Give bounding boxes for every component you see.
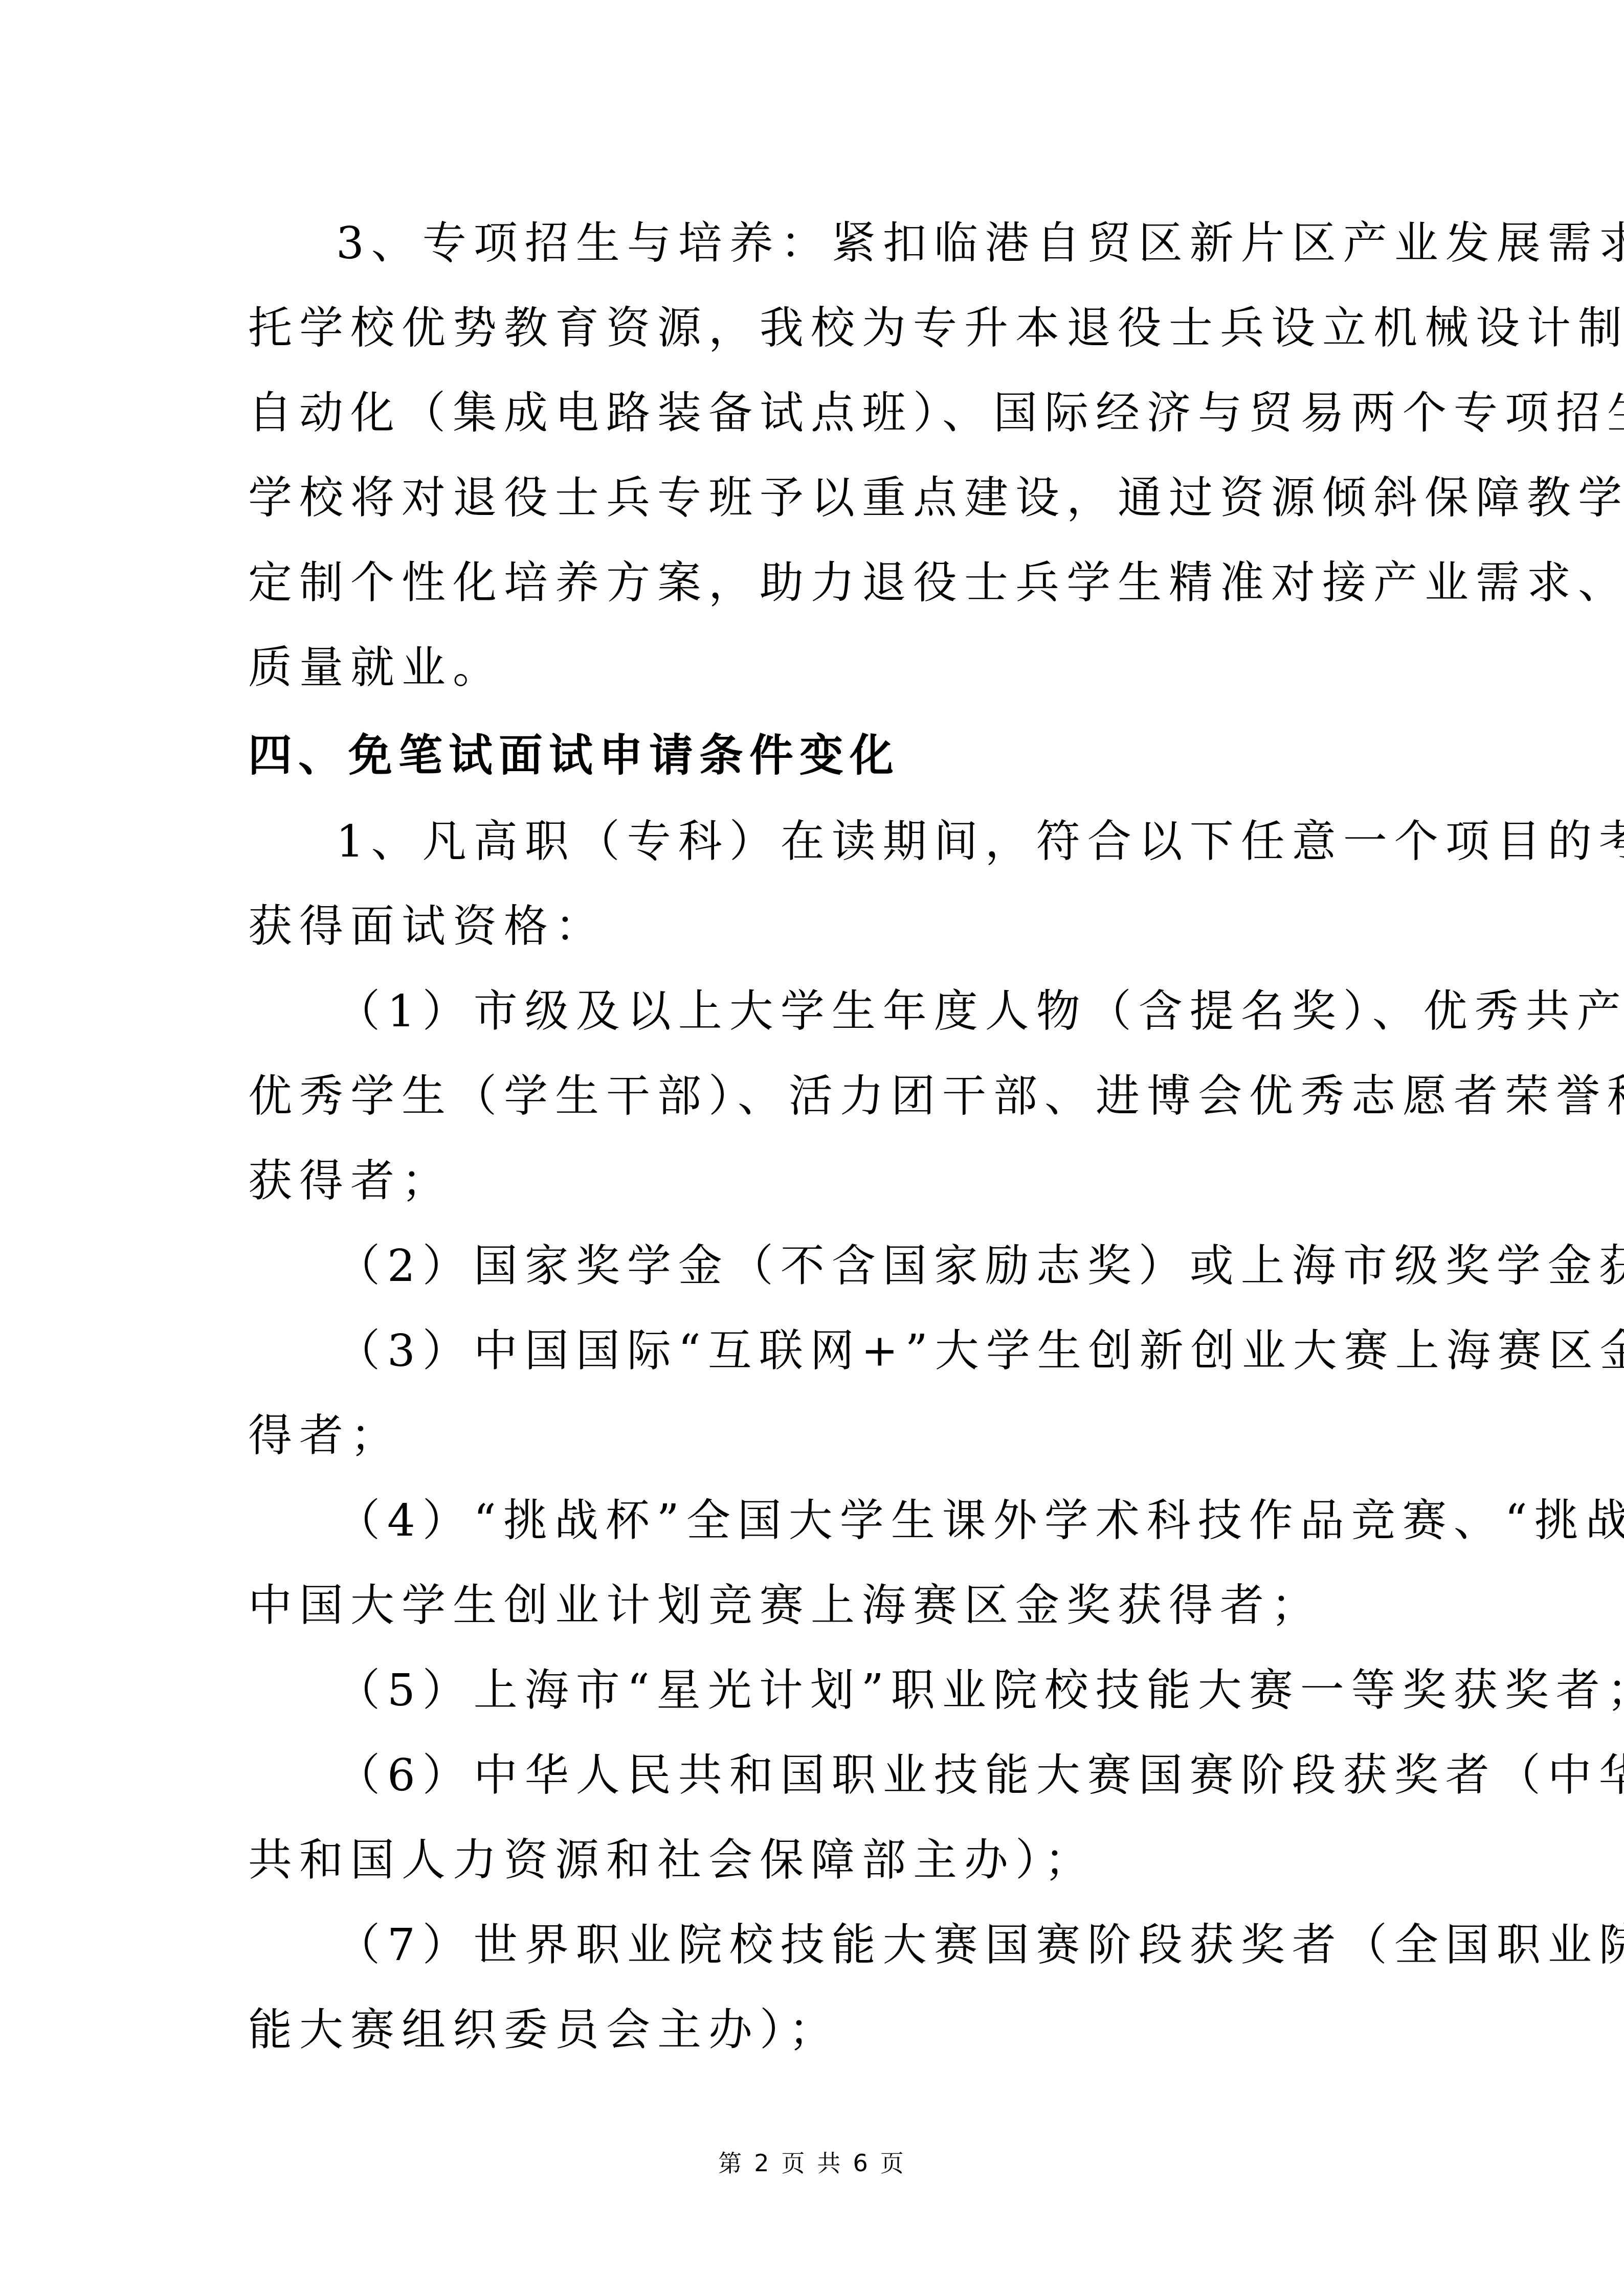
- text-line: 托学校优势教育资源，我校为专升本退役士兵设立机械设计制造及其: [248, 298, 1394, 359]
- text-line: （5）上海市“星光计划”职业院校技能大赛一等奖获奖者；: [248, 1660, 1394, 1721]
- text-line: 得者；: [248, 1405, 1394, 1467]
- text-line: （4）“挑战杯”全国大学生课外学术科技作品竞赛、“挑战杯”: [248, 1490, 1394, 1551]
- text-line: 学校将对退役士兵专班予以重点建设，通过资源倾斜保障教学质量，: [248, 467, 1394, 529]
- text-line: 共和国人力资源和社会保障部主办）；: [248, 1830, 1394, 1891]
- text-line: 获得者；: [248, 1151, 1394, 1212]
- text-line: 自动化（集成电路装备试点班）、国际经济与贸易两个专项招生专业。: [248, 382, 1394, 444]
- text-line: （1）市级及以上大学生年度人物（含提名奖）、优秀共产党员、: [248, 981, 1394, 1042]
- current-page-number: 2: [754, 2149, 771, 2177]
- text-line: 1、凡高职（专科）在读期间，符合以下任意一个项目的考生可: [248, 811, 1394, 872]
- text-line: （6）中华人民共和国职业技能大赛国赛阶段获奖者（中华人民: [248, 1745, 1394, 1806]
- total-page-count: 6: [853, 2149, 870, 2177]
- footer-prefix: 第: [718, 2149, 744, 2177]
- text-line: （2）国家奖学金（不含国家励志奖）或上海市级奖学金获得者；: [248, 1235, 1394, 1297]
- text-line: 定制个性化培养方案，助力退役士兵学生精准对接产业需求、实现高: [248, 552, 1394, 614]
- text-line: 优秀学生（学生干部）、活力团干部、进博会优秀志愿者荣誉称号的: [248, 1066, 1394, 1127]
- text-line: 获得面试资格：: [248, 896, 1394, 957]
- footer-suffix: 页: [880, 2149, 906, 2177]
- footer-page-word: 页: [782, 2149, 807, 2177]
- page-number-footer: 第2页共6页: [0, 2143, 1624, 2184]
- text-line: （3）中国国际“互联网+”大学生创新创业大赛上海赛区金奖获: [248, 1320, 1394, 1382]
- text-line: 质量就业。: [248, 637, 1394, 699]
- footer-total-word: 共: [817, 2149, 843, 2177]
- text-line: 能大赛组织委员会主办）；: [248, 1999, 1394, 2061]
- text-line: （7）世界职业院校技能大赛国赛阶段获奖者（全国职业院校技: [248, 1915, 1394, 1976]
- document-page: 3、专项招生与培养：紧扣临港自贸区新片区产业发展需求，依 托学校优势教育资源，我…: [0, 0, 1624, 2296]
- text-line: 中国大学生创业计划竞赛上海赛区金奖获得者；: [248, 1575, 1394, 1636]
- text-line: 3、专项招生与培养：紧扣临港自贸区新片区产业发展需求，依: [248, 213, 1394, 274]
- section-heading: 四、免笔试面试申请条件变化: [248, 725, 1394, 786]
